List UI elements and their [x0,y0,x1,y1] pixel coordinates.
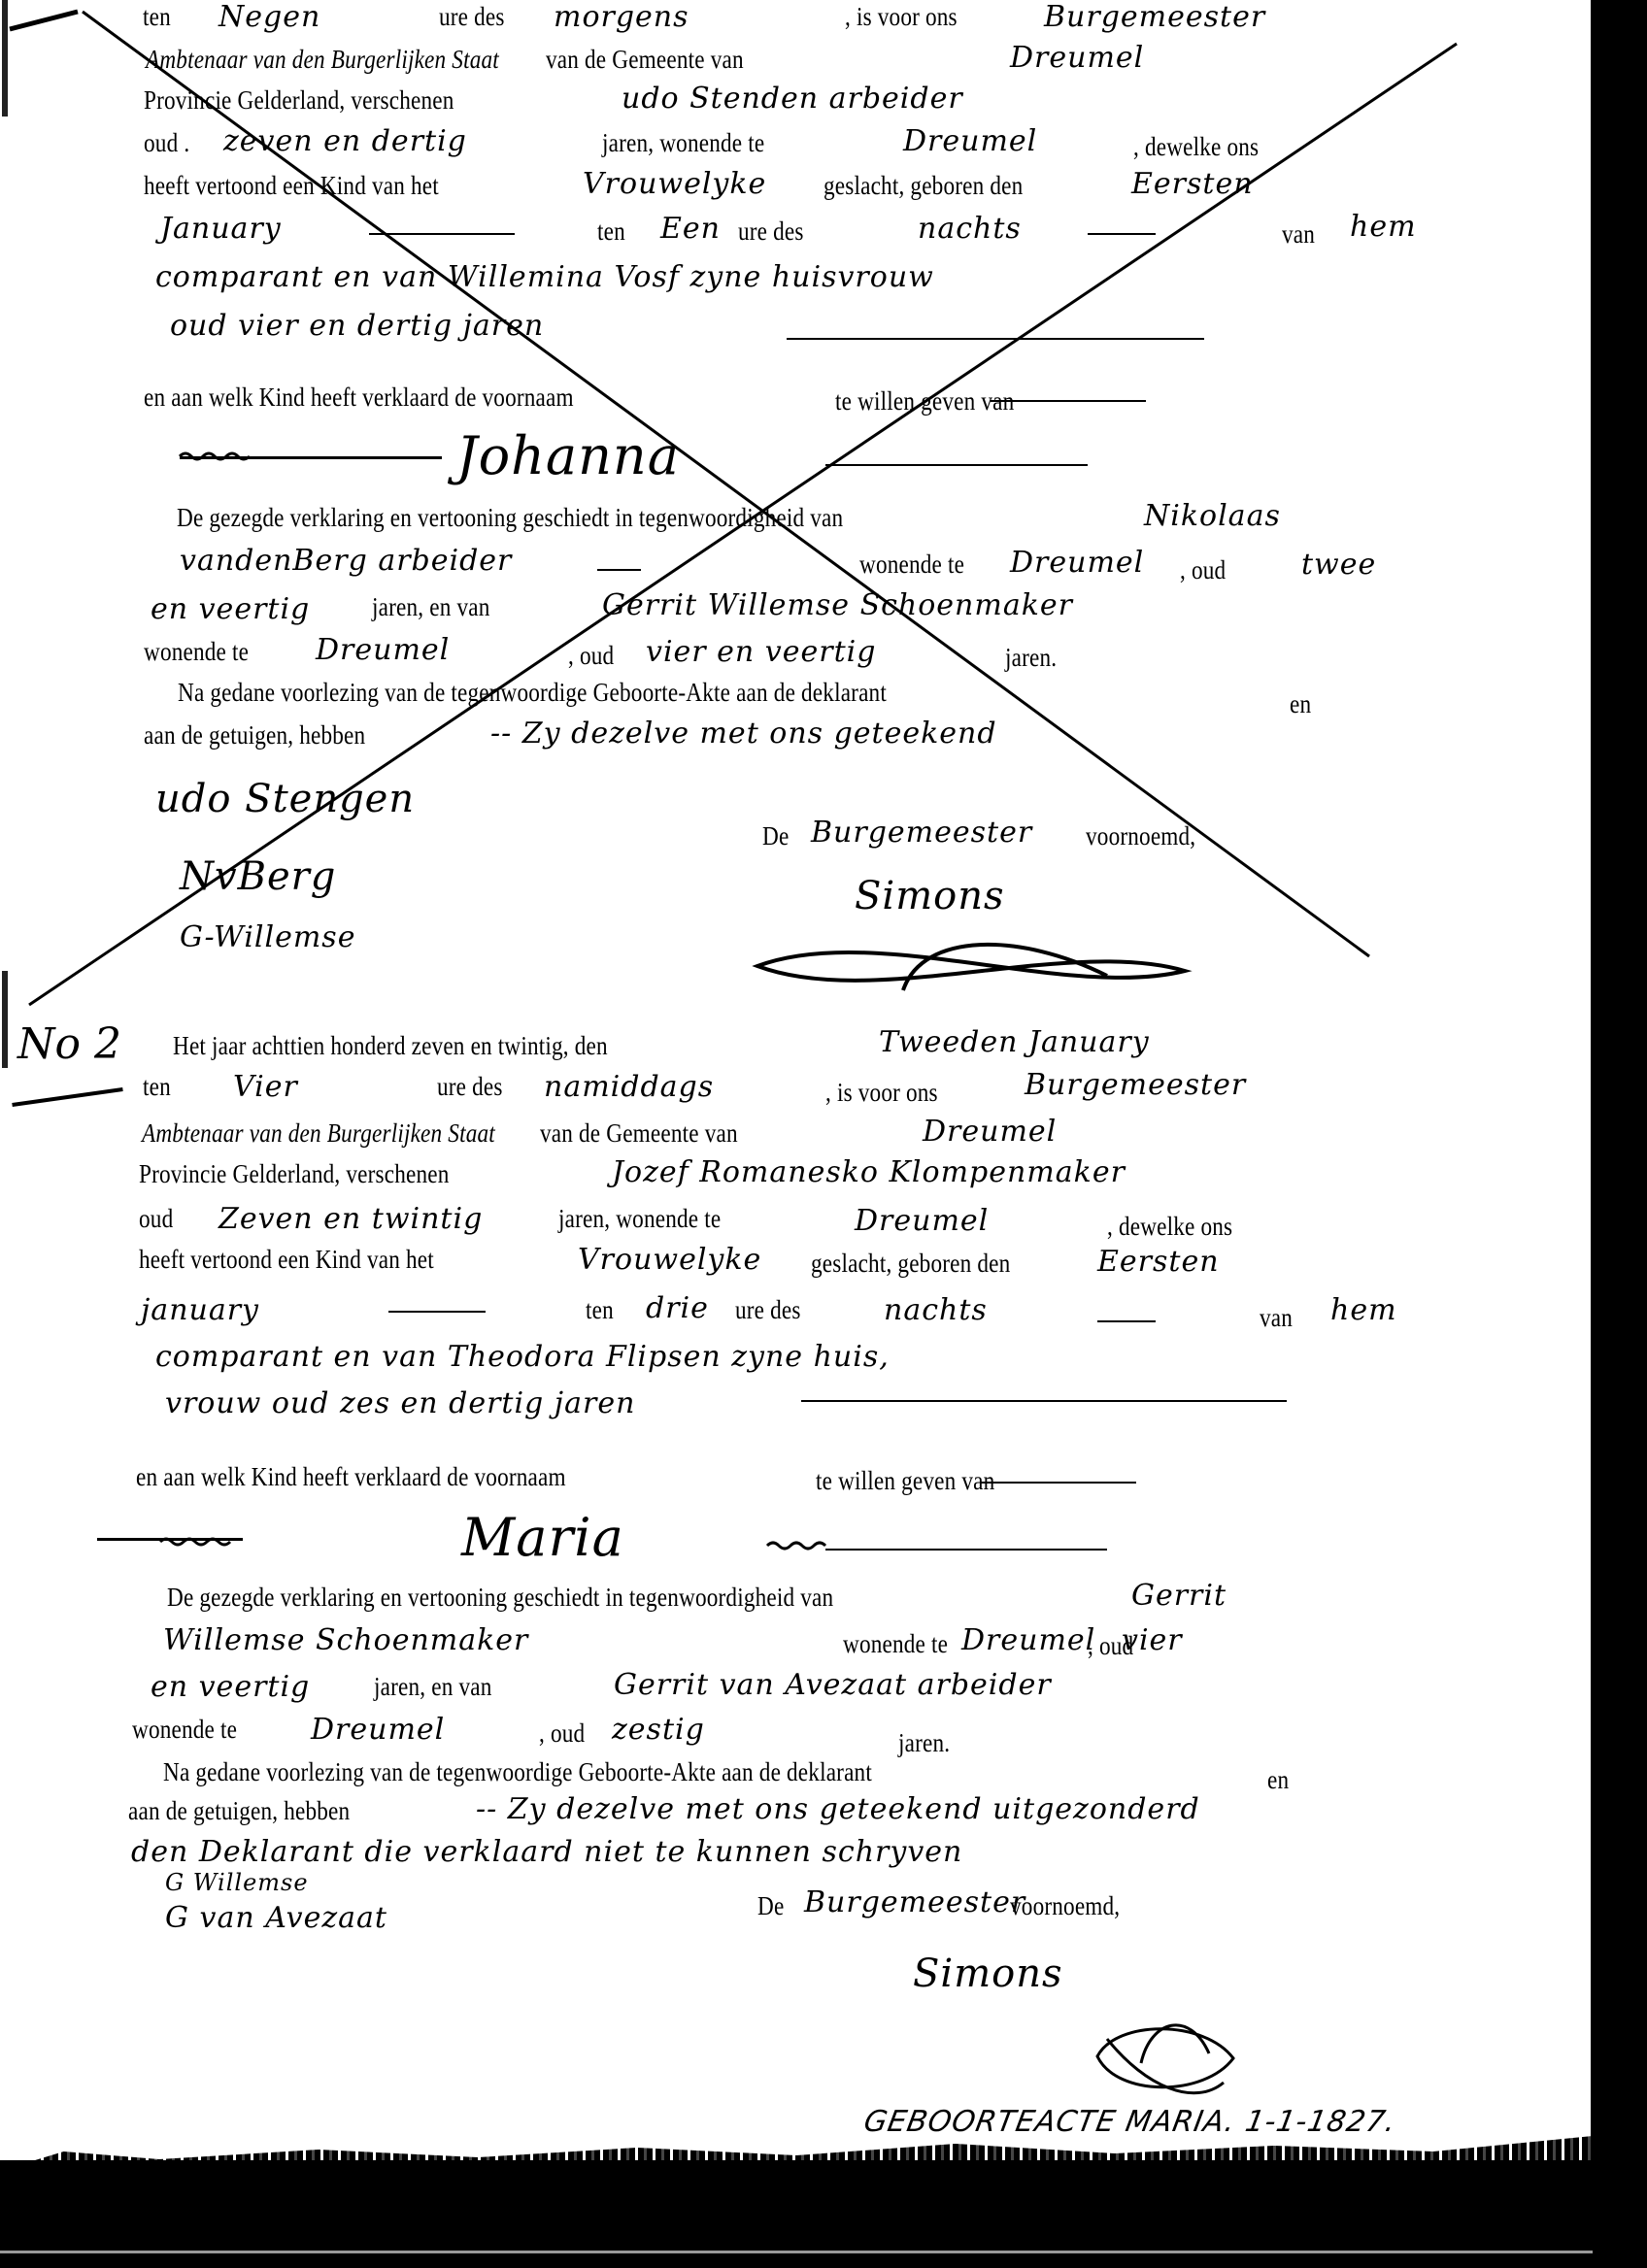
cross-out-stroke [83,12,1369,956]
ink-overlay [0,0,1647,2268]
paraph-flourish-2 [1097,2025,1233,2093]
margin-stroke [10,12,78,29]
cross-out-stroke [29,44,1457,1005]
paraph-flourish-1 [757,945,1185,990]
document-page: ten Negen ure des morgens , is voor ons … [0,0,1647,2268]
wavy-fill [160,1539,230,1545]
wavy-fill [767,1543,825,1549]
wavy-fill [180,453,250,459]
